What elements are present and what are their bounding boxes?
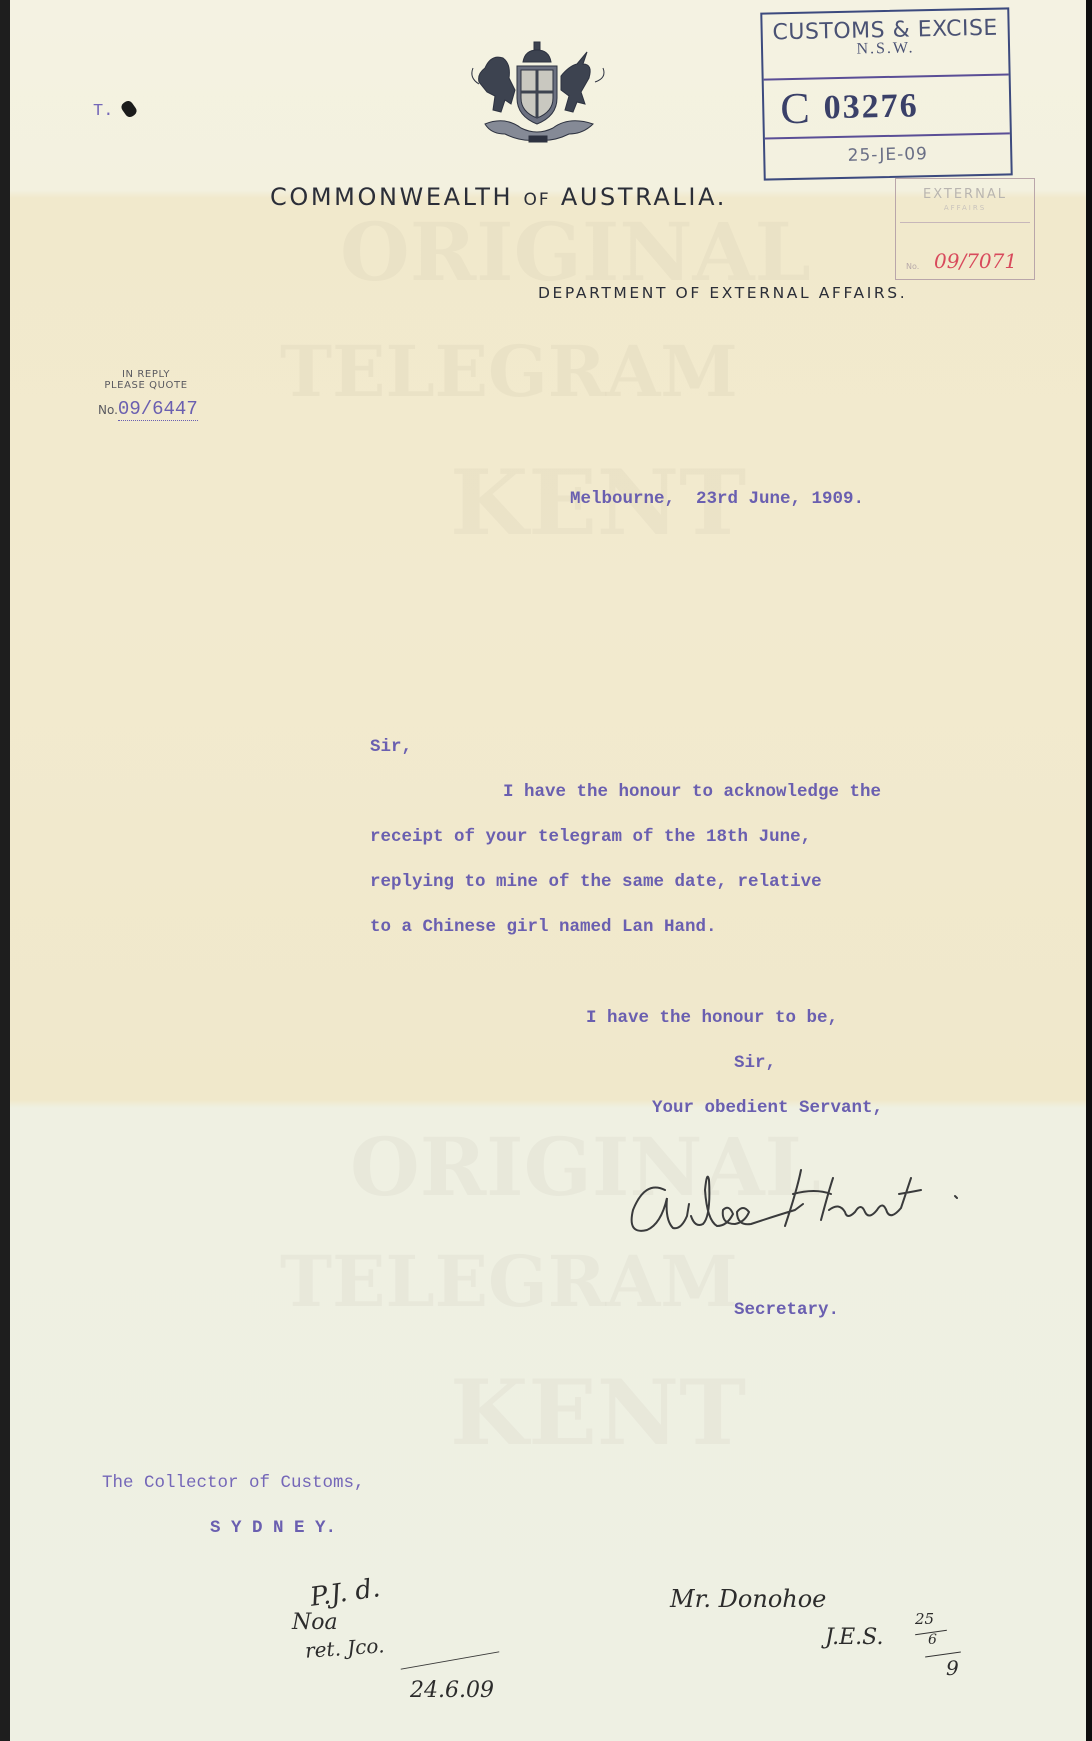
closing-line-3: Your obedient Servant, <box>652 1098 883 1118</box>
external-stamp-subtitle: AFFAIRS <box>896 204 1034 212</box>
customs-stamp: CUSTOMS & EXCISE N.S.W. C 03276 25-JE-09 <box>760 7 1012 180</box>
external-stamp-number: 09/7071 <box>934 249 1017 273</box>
closing-line-2: Sir, <box>734 1053 776 1073</box>
customs-stamp-letter: C <box>780 83 810 135</box>
body-line-3: replying to mine of the same date, relat… <box>370 872 822 892</box>
reply-label-line2: PLEASE QUOTE <box>102 380 190 391</box>
pin-hole-icon <box>119 99 138 119</box>
signature <box>625 1150 1065 1250</box>
annotation-right-date-year: 9 <box>946 1656 959 1680</box>
signatory-title: Secretary. <box>734 1300 839 1320</box>
reply-reference-number-row: No.09/6447 <box>98 398 198 420</box>
coat-of-arms-icon <box>465 38 615 148</box>
signature-handwriting-icon <box>625 1150 1065 1250</box>
scan-border-right <box>1086 0 1092 1741</box>
scan-border-left <box>0 0 10 1741</box>
annotation-underline <box>401 1651 500 1669</box>
letterhead-of: OF <box>523 190 550 210</box>
body-line-4: to a Chinese girl named Lan Hand. <box>370 917 717 937</box>
customs-stamp-date: 25-JE-09 <box>765 134 1011 167</box>
letterhead-title: COMMONWEALTH OF AUSTRALIA. <box>270 183 727 211</box>
letterhead-department: DEPARTMENT OF EXTERNAL AFFAIRS. <box>538 284 907 302</box>
body-line-2: receipt of your telegram of the 18th Jun… <box>370 827 811 847</box>
annotation-left-date: 24.6.09 <box>410 1678 494 1703</box>
annotation-right-date-day: 25 <box>915 1610 934 1628</box>
annotation-left-3: ret. Jco. <box>304 1633 385 1662</box>
bleed-through-text: KENT <box>450 1360 746 1466</box>
bleed-through-text: TELEGRAM <box>280 330 738 413</box>
annotation-left-2: Noa <box>292 1610 338 1635</box>
letterhead-australia: AUSTRALIA. <box>561 183 727 211</box>
external-affairs-stamp: EXTERNAL AFFAIRS No. 09/7071 <box>895 178 1035 280</box>
closing-line-1: I have the honour to be, <box>586 1008 838 1028</box>
reply-reference-number: 09/6447 <box>118 398 198 421</box>
bleed-through-text: TELEGRAM <box>280 1240 738 1323</box>
letterhead-commonwealth: COMMONWEALTH <box>270 183 513 211</box>
addressee-line-2: S Y D N E Y. <box>210 1518 336 1538</box>
reply-no-label: No. <box>98 403 118 417</box>
external-stamp-no-label: No. <box>906 262 919 271</box>
annotation-left-1: P.J. d. <box>308 1573 382 1612</box>
customs-stamp-number: 03276 <box>823 87 919 127</box>
addressee-line-1: The Collector of Customs, <box>102 1473 365 1493</box>
annotation-right-date-month: 6 <box>928 1632 937 1648</box>
letter-page: ORIGINAL TELEGRAM KENT ORIGINAL TELEGRAM… <box>10 0 1086 1741</box>
body-line-1: I have the honour to acknowledge the <box>503 782 881 802</box>
annotation-right-initials: J.E.S. <box>825 1625 883 1650</box>
corner-mark: T. <box>93 102 113 121</box>
external-stamp-title: EXTERNAL <box>896 187 1034 202</box>
dateline: Melbourne, 23rd June, 1909. <box>570 489 864 509</box>
reply-label-line1: IN REPLY <box>102 369 190 380</box>
annotation-right-name: Mr. Donohoe <box>670 1585 826 1613</box>
reply-reference-label: IN REPLY PLEASE QUOTE <box>102 369 190 391</box>
salutation: Sir, <box>370 737 412 757</box>
